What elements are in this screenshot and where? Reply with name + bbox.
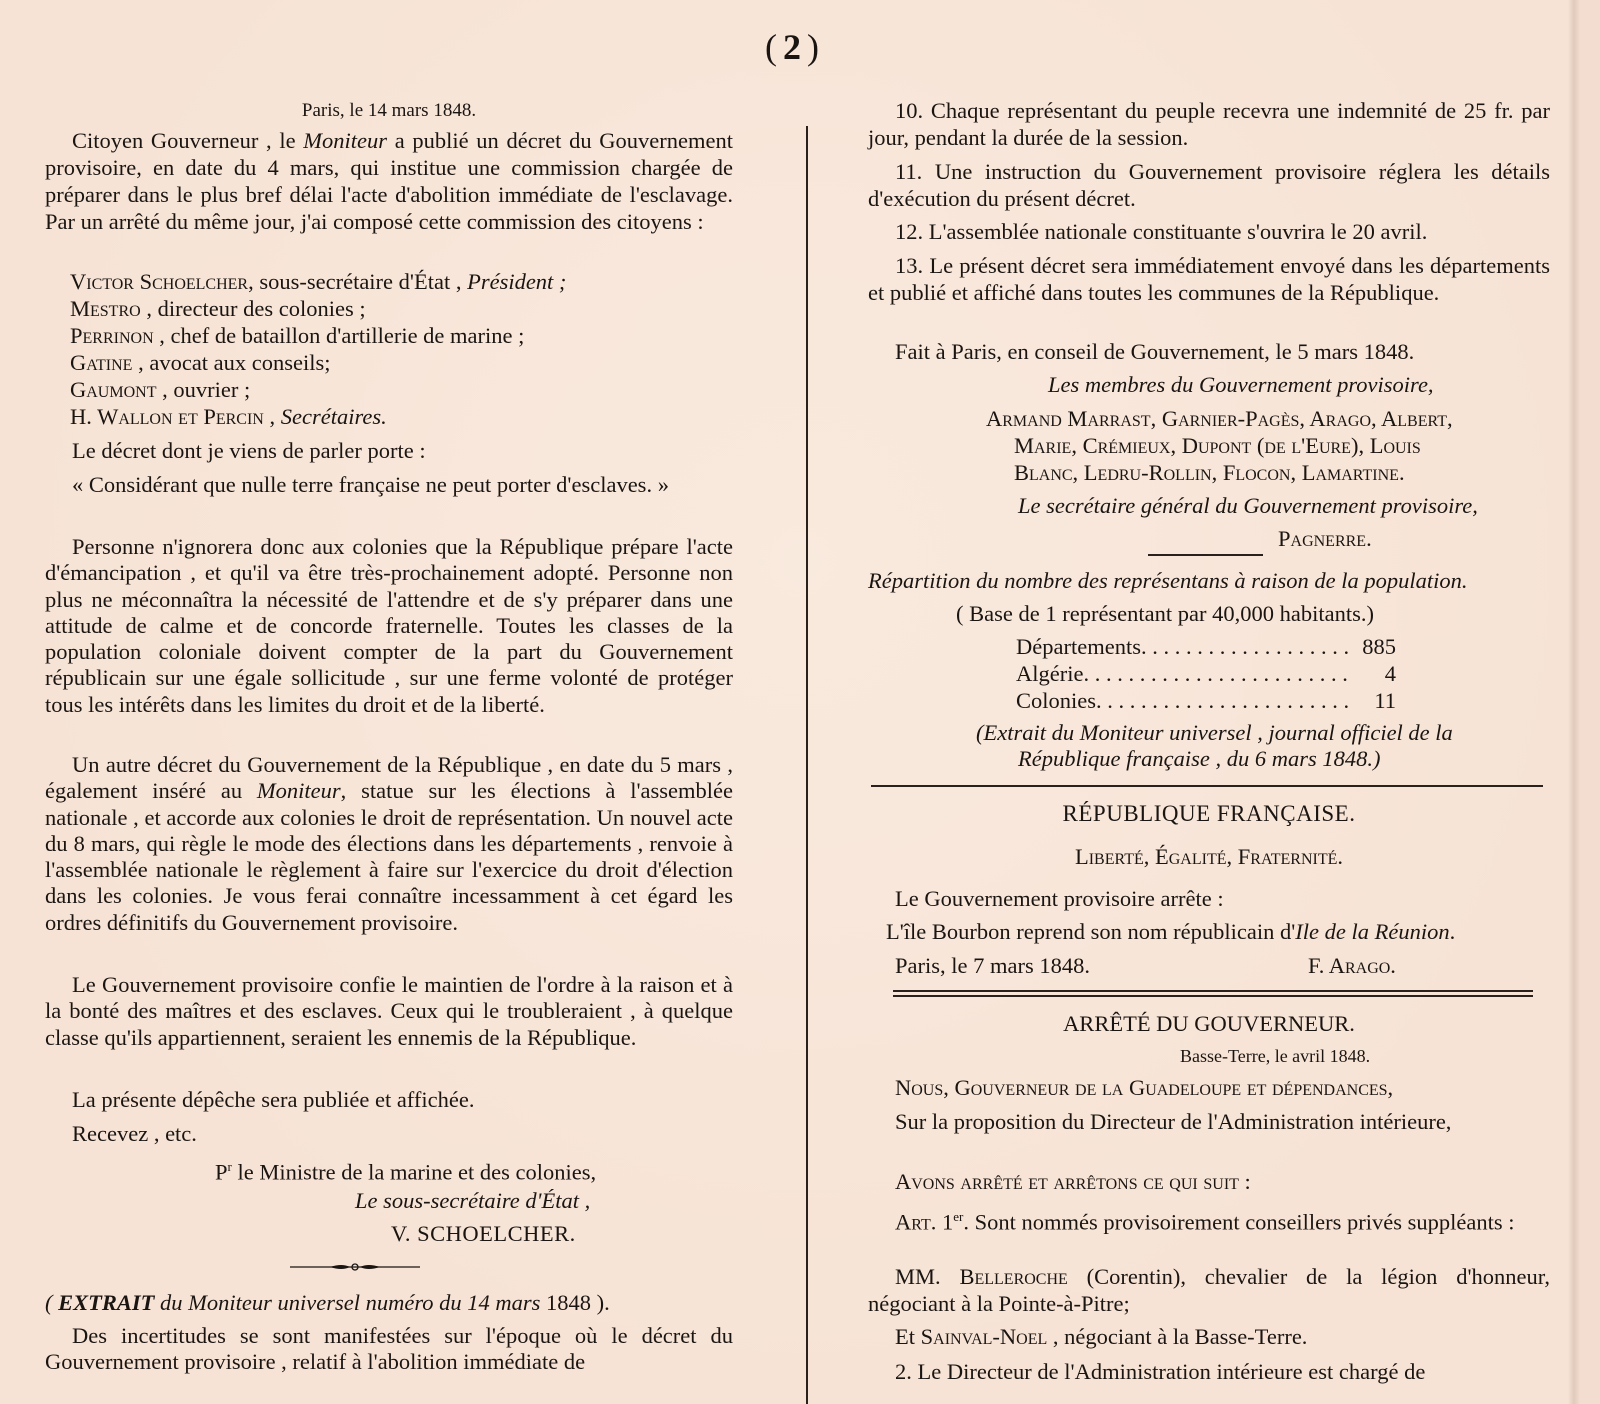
members-line-2: Marie, Crémieux, Dupont (de l'Eure), Lou…: [1014, 432, 1421, 459]
table-row: Colonies. . . . . . . . . . . . . . . . …: [1016, 687, 1396, 714]
republique-title: RÉPUBLIQUE FRANÇAISE.: [868, 800, 1550, 827]
paragraph-emancipation: Personne n'ignorera donc aux colonies qu…: [45, 534, 733, 718]
arrete-dateline: Basse-Terre, le avril 1848.: [1180, 1043, 1370, 1070]
double-rule-bottom: [893, 995, 1533, 997]
intro-paragraph: Citoyen Gouverneur , le Moniteur a publi…: [45, 127, 733, 235]
double-rule-top: [893, 990, 1533, 992]
extract-text: Des incertitudes se sont manifestées sur…: [45, 1323, 733, 1376]
commission-member: Gatine , avocat aux conseils;: [70, 349, 730, 376]
signature-title: Le sous-secrétaire d'État ,: [355, 1187, 590, 1214]
ornament-divider-icon: [290, 1262, 420, 1272]
repartition-table: Départements. . . . . . . . . . . . . . …: [1016, 633, 1396, 714]
column-divider: [806, 126, 808, 1404]
repartition-source-2: République française , du 6 mars 1848.): [1018, 745, 1380, 772]
page-number: (2): [755, 26, 835, 68]
members-heading: Les membres du Gouvernement provisoire,: [1048, 371, 1434, 398]
republique-arrete: Le Gouvernement provisoire arrête :: [868, 885, 1224, 912]
repartition-source-1: (Extrait du Moniteur universel , journal…: [976, 719, 1453, 746]
arrete-title: ARRÊTÉ DU GOUVERNEUR.: [868, 1010, 1550, 1037]
commission-member: Gaumont , ouvrier ;: [70, 376, 730, 403]
arrete-belleroche: MM. Belleroche (Corentin), chevalier de …: [868, 1263, 1550, 1317]
fait-a-paris: Fait à Paris, en conseil de Gouvernement…: [868, 338, 1414, 365]
moniteur-italic: Moniteur: [303, 128, 387, 153]
signature-name: V. SCHOELCHER.: [391, 1220, 576, 1247]
repartition-base: ( Base de 1 représentant par 40,000 habi…: [956, 600, 1374, 627]
repartition-title: Répartition du nombre des représentans à…: [868, 567, 1468, 594]
extract-heading: ( EXTRAIT du Moniteur universel numéro d…: [45, 1289, 610, 1316]
closing: Recevez , etc.: [45, 1120, 197, 1147]
commission-list: Victor Schoelcher, sous-secrétaire d'Éta…: [70, 268, 730, 430]
table-row: Départements. . . . . . . . . . . . . . …: [1016, 633, 1396, 660]
paragraph-order: Le Gouvernement provisoire confie le mai…: [45, 972, 733, 1051]
decree-quote: « Considérant que nulle terre française …: [45, 471, 733, 498]
secretary-heading: Le secrétaire général du Gouvernement pr…: [1018, 492, 1478, 519]
section-rule: [871, 785, 1543, 787]
signature-minister: Pr le Ministre de la marine et des colon…: [215, 1153, 596, 1186]
decree-intro: Le décret dont je viens de parler porte …: [45, 437, 426, 464]
arrete-avons: Avons arrêté et arrêtons ce qui suit :: [868, 1168, 1251, 1195]
article-12: 12. L'assemblée nationale constituante s…: [868, 218, 1427, 245]
commission-member: Perrinon , chef de bataillon d'artilleri…: [70, 322, 730, 349]
members-line-1: Armand Marrast, Garnier-Pagès, Arago, Al…: [986, 405, 1453, 432]
article-13: 13. Le présent décret sera immédiatement…: [868, 252, 1550, 306]
republique-text: L'île Bourbon reprend son nom républicai…: [886, 918, 1455, 945]
table-row: Algérie. . . . . . . . . . . . . . . . .…: [1016, 660, 1396, 687]
commission-member: Victor Schoelcher, sous-secrétaire d'Éta…: [70, 268, 730, 295]
article-10: 10. Chaque représentant du peuple recevr…: [868, 97, 1550, 151]
republique-date: Paris, le 7 mars 1848.: [895, 952, 1090, 979]
secretary-name: Pagnerre.: [1278, 525, 1372, 552]
commission-member: Mestro , directeur des colonies ;: [70, 295, 730, 322]
paragraph-elections: Un autre décret du Gouvernement de la Ré…: [45, 752, 733, 936]
dateline: Paris, le 14 mars 1848.: [45, 97, 733, 124]
article-11: 11. Une instruction du Gouvernement prov…: [868, 158, 1550, 212]
arrete-sainval: Et Sainval-Noel , négociant à la Basse-T…: [868, 1323, 1307, 1350]
publication-note: La présente dépêche sera publiée et affi…: [45, 1086, 474, 1113]
arrete-proposition: Sur la proposition du Directeur de l'Adm…: [868, 1108, 1550, 1135]
republique-motto: Liberté, Égalité, Fraternité.: [868, 843, 1550, 870]
short-rule: [1148, 554, 1263, 556]
republique-signer: F. Arago.: [1308, 952, 1396, 979]
commission-member: H. Wallon et Percin , Secrétaires.: [70, 403, 730, 430]
page-number-value: 2: [783, 27, 807, 67]
members-line-3: Blanc, Ledru-Rollin, Flocon, Lamartine.: [1014, 459, 1405, 486]
arrete-article-1: Art. 1er. Sont nommés provisoirement con…: [868, 1203, 1550, 1236]
arrete-nous: Nous, Gouverneur de la Guadeloupe et dép…: [868, 1074, 1393, 1101]
arrete-article-2: 2. Le Directeur de l'Administration inté…: [868, 1358, 1425, 1385]
